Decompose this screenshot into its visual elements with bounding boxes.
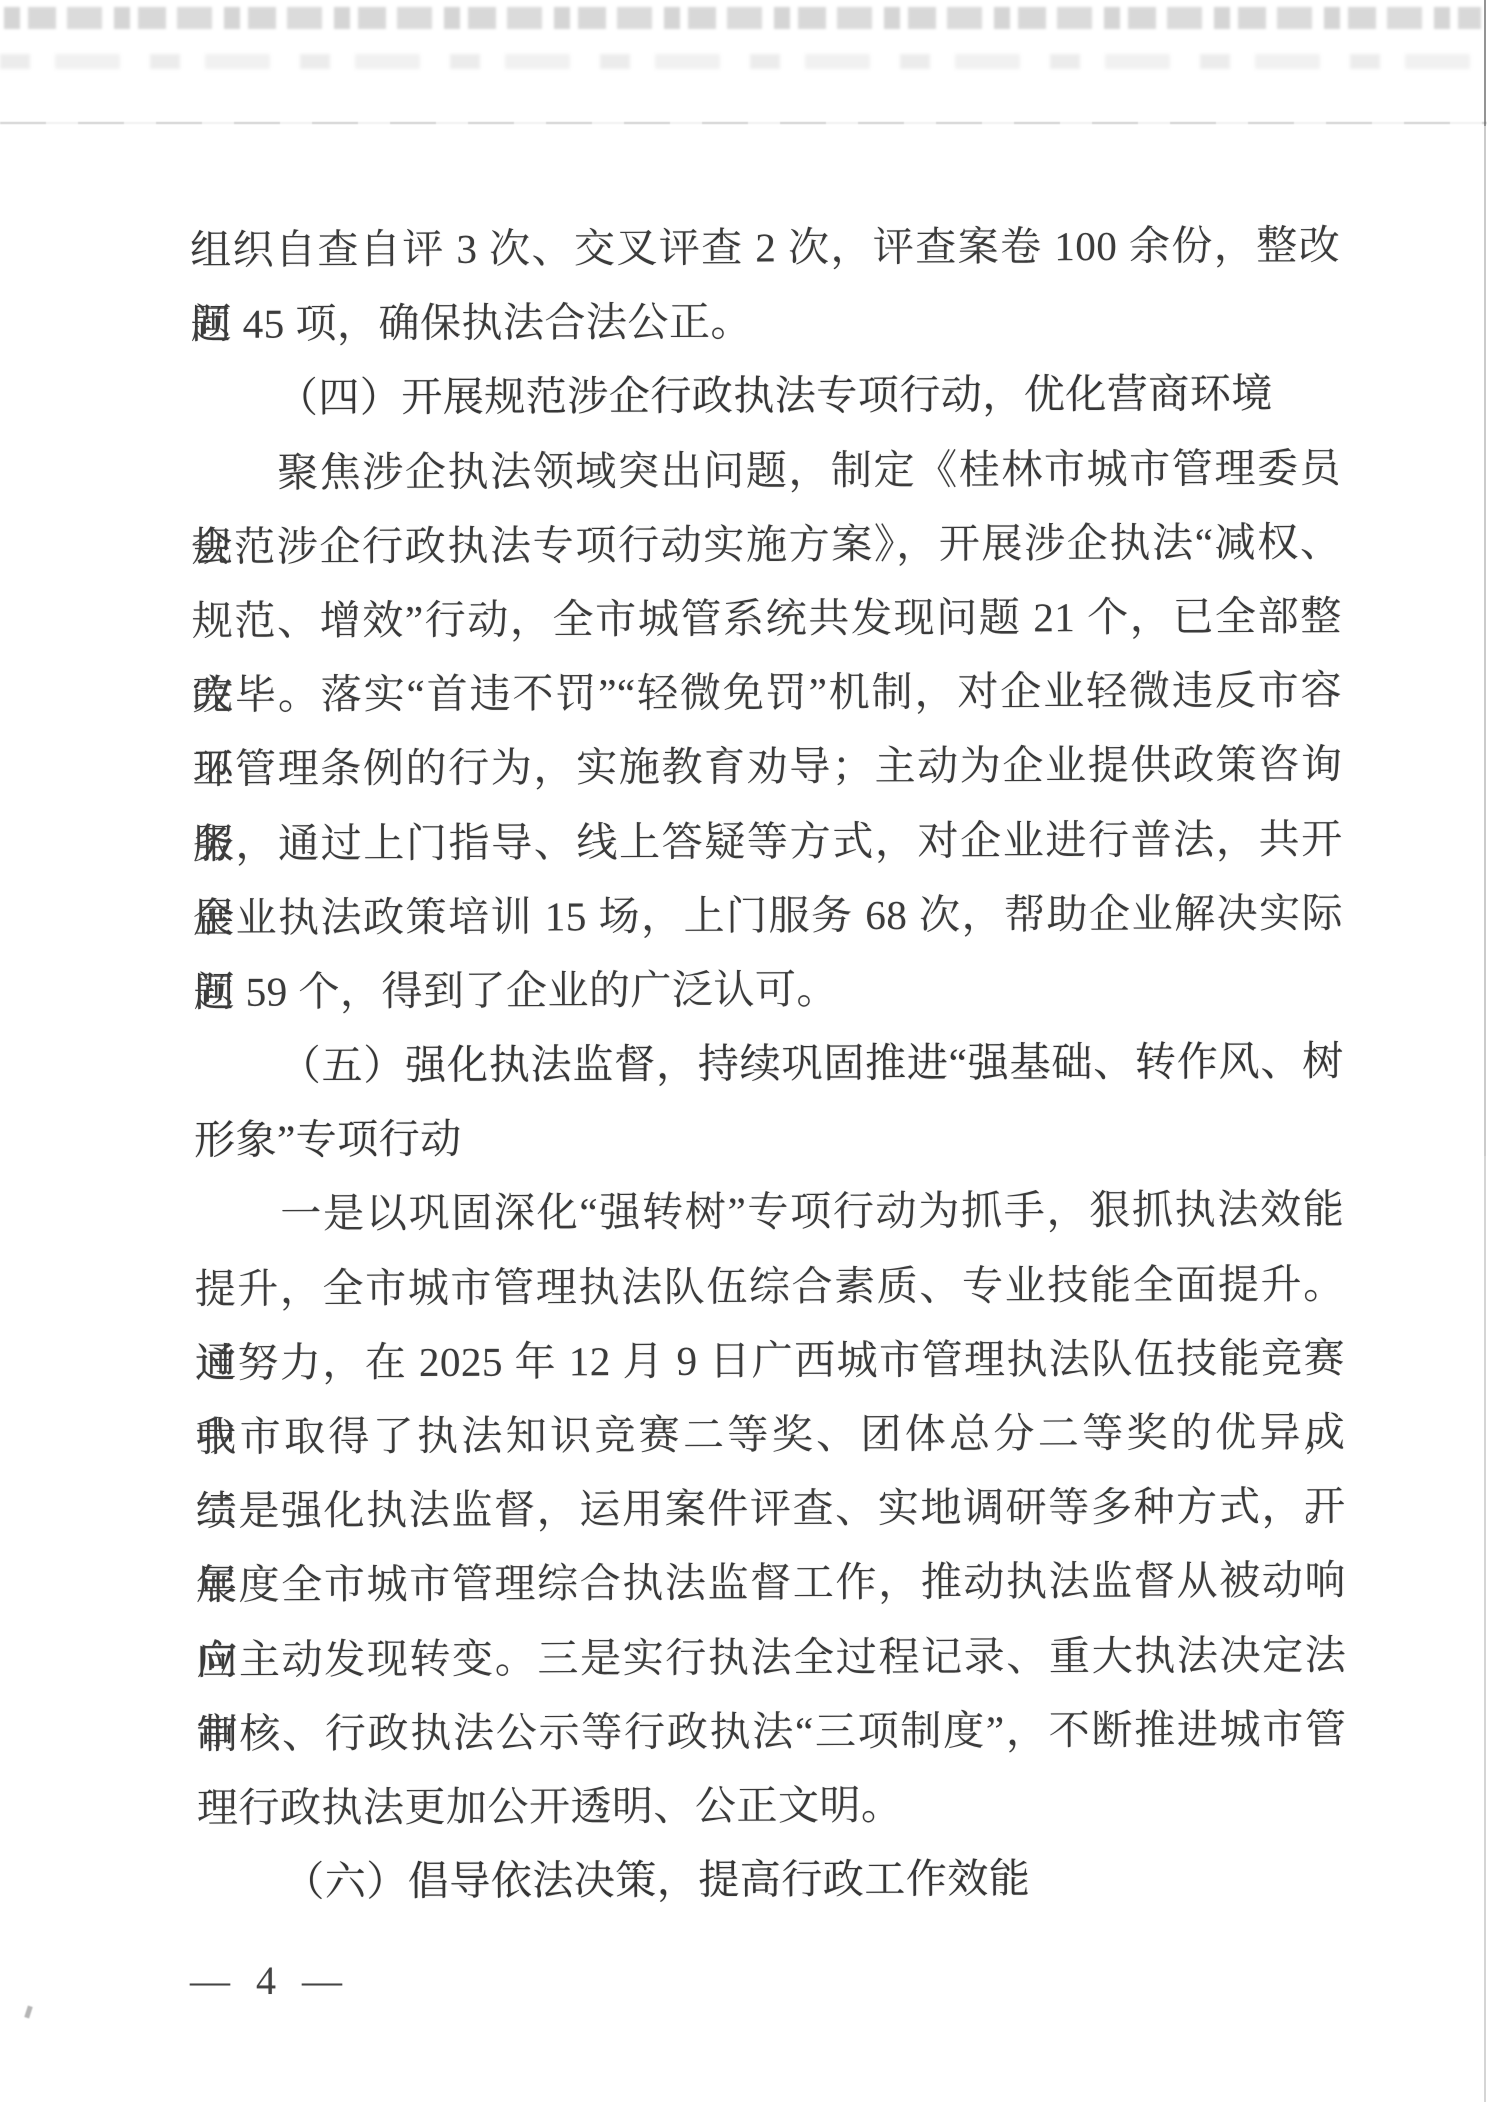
text-line: 审核、行政执法公示等行政执法“三项制度”，不断推进城市管 <box>196 1692 1346 1771</box>
text-line: 组织自查自评 3 次、交叉评查 2 次，评查案卷 100 余份，整改问 <box>190 208 1340 287</box>
section-heading: （四）开展规范涉企行政执法专项行动，优化营商环境 <box>191 356 1341 435</box>
text-line: 我市取得了执法知识竞赛二等奖、团体总分二等奖的优异成绩。 <box>195 1395 1345 1474</box>
text-line: 年度全市城市管理综合执法监督工作，推动执法监督从被动响应 <box>196 1543 1346 1622</box>
scan-artifact-ink-speck <box>24 2006 32 2019</box>
text-line: 向主动发现转变。三是实行执法全过程记录、重大执法决定法制 <box>196 1618 1346 1697</box>
text-line: 过努力，在 2025 年 12 月 9 日广西城市管理执法队伍技能竞赛中， <box>195 1321 1345 1400</box>
text-line: 聚焦涉企执法领域突出问题，制定《桂林市城市管理委员会 <box>191 431 1341 510</box>
section-heading: （六）倡导依法决策，提高行政工作效能 <box>197 1840 1347 1919</box>
scan-artifact-ghost-text-band-top <box>4 7 1481 29</box>
text-line: 企业执法政策培训 15 场，上门服务 68 次，帮助企业解决实际问 <box>193 876 1343 955</box>
text-line: 务，通过上门指导、线上答疑等方式，对企业进行普法，共开展 <box>193 801 1343 880</box>
section-heading: （五）强化执法监督，持续巩固推进“强基础、转作风、树 <box>194 1024 1344 1103</box>
document-lines: 组织自查自评 3 次、交叉评查 2 次，评查案卷 100 余份，整改问题 45 … <box>190 208 1347 1919</box>
page-number: — 4 — <box>190 1944 342 2018</box>
text-line: 题 59 个，得到了企业的广泛认可。 <box>193 950 1343 1029</box>
scan-artifact-horizontal-fold-line <box>0 122 1487 124</box>
scan-artifact-right-page-edge-line <box>1484 0 1486 2102</box>
text-line: 题 45 项，确保执法合法公正。 <box>190 282 1340 361</box>
scanned-document-page: 组织自查自评 3 次、交叉评查 2 次，评查案卷 100 余份，整改问题 45 … <box>0 0 1487 2102</box>
text-line: 二是强化执法监督，运用案件评查、实地调研等多种方式，开展 <box>196 1469 1346 1548</box>
text-line: 理行政执法更加公开透明、公正文明。 <box>197 1766 1347 1845</box>
text-line: 卫管理条例的行为，实施教育劝导；主动为企业提供政策咨询服 <box>192 727 1342 806</box>
text-line: 提升，全市城市管理执法队伍综合素质、专业技能全面提升。通 <box>195 1247 1345 1326</box>
text-line: 规范涉企行政执法专项行动实施方案》，开展涉企执法“减权、 <box>191 505 1341 584</box>
text-line: 规范、增效”行动，全市城管系统共发现问题 21 个，已全部整改 <box>192 579 1342 658</box>
scan-artifact-ghost-text-band-second <box>0 54 1477 69</box>
text-line: 一是以巩固深化“强转树”专项行动为抓手，狠抓执法效能 <box>194 1172 1344 1251</box>
section-heading: 形象”专项行动 <box>194 1098 1344 1177</box>
text-line: 完毕。落实“首违不罚”“轻微免罚”机制，对企业轻微违反市容环 <box>192 653 1342 732</box>
